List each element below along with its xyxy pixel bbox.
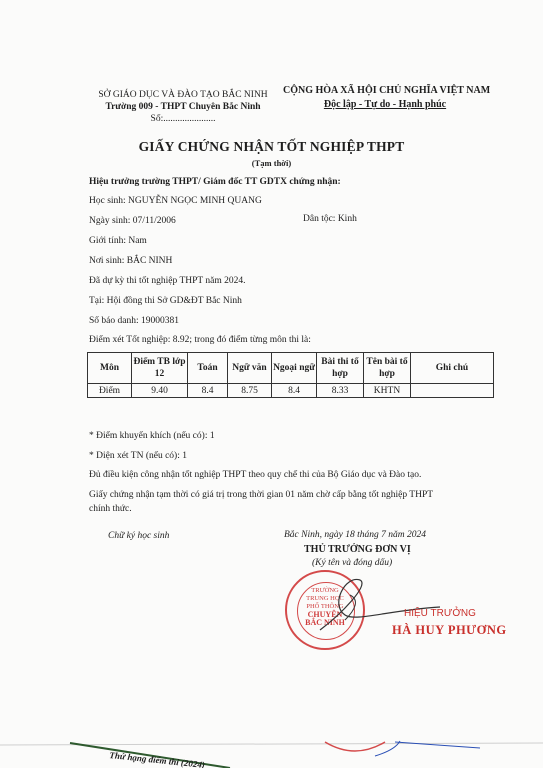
header-cell: Môn [88, 353, 132, 384]
eligibility-statement: Đủ điều kiện công nhận tốt nghiệp THPT t… [89, 470, 421, 480]
national-motto: Độc lập - Tự do - Hạnh phúc [283, 98, 487, 112]
header-cell: Toán [188, 353, 228, 384]
signer-title: HIỆU TRƯỞNG [404, 608, 476, 619]
certifier-line: Hiệu trưởng trường THPT/ Giám đốc TT GDT… [89, 177, 341, 187]
document-number: Số:...................... [88, 113, 278, 125]
student-birthplace: Nơi sinh: BẮC NINH [89, 256, 172, 266]
school-name: Trường 009 - THPT Chuyên Bắc Ninh [88, 101, 278, 113]
header-cell: Ngoại ngữ [272, 353, 317, 384]
student-name: Học sinh: NGUYỄN NGỌC MINH QUANG [89, 196, 262, 206]
value-cell: KHTN [364, 384, 411, 398]
authority-title: THỦ TRƯỞNG ĐƠN VỊ [304, 544, 411, 555]
header-cell: Ngữ văn [228, 353, 272, 384]
next-page-overlap [0, 740, 543, 768]
value-cell: 8.75 [228, 384, 272, 398]
validity-statement: Giấy chứng nhận tạm thời có giá trị tron… [89, 490, 433, 500]
student-dob: Ngày sinh: 07/11/2006 [89, 216, 176, 226]
table-header-row: Môn Điểm TB lớp 12 Toán Ngữ văn Ngoại ng… [88, 353, 494, 384]
student-gender: Giới tính: Nam [89, 236, 147, 246]
value-cell: 9.40 [132, 384, 188, 398]
document-subtitle: (Tạm thời) [0, 158, 543, 168]
department-name: SỞ GIÁO DỤC VÀ ĐÀO TẠO BẮC NINH [88, 89, 278, 101]
national-header: CỘNG HÒA XÃ HỘI CHỦ NGHĨA VIỆT NAM Độc l… [283, 84, 487, 112]
value-cell: Điểm [88, 384, 132, 398]
exam-council: Tại: Hội đồng thi Sở GD&ĐT Bắc Ninh [89, 296, 242, 306]
table-row: Điểm 9.40 8.4 8.75 8.4 8.33 KHTN [88, 384, 494, 398]
header-cell: Tên bài tổ hợp [364, 353, 411, 384]
bonus-points: * Điểm khuyến khích (nếu có): 1 [89, 431, 215, 441]
value-cell: 8.4 [188, 384, 228, 398]
value-cell [411, 384, 494, 398]
validity-statement-cont: chính thức. [89, 504, 132, 514]
scores-table: Môn Điểm TB lớp 12 Toán Ngữ văn Ngoại ng… [87, 352, 494, 398]
priority-category: * Diện xét TN (nếu có): 1 [89, 451, 187, 461]
student-ethnicity: Dân tộc: Kinh [303, 214, 357, 224]
header-cell: Bài thi tổ hợp [317, 353, 364, 384]
student-signature-label: Chữ ký học sinh [108, 531, 169, 541]
score-intro: Điểm xét Tốt nghiệp: 8.92; trong đó điểm… [89, 335, 311, 345]
document-title: GIẤY CHỨNG NHẬN TỐT NGHIỆP THPT [0, 139, 543, 155]
header-cell: Ghi chú [411, 353, 494, 384]
issuer-header: SỞ GIÁO DỤC VÀ ĐÀO TẠO BẮC NINH Trường 0… [88, 89, 278, 125]
sign-instruction: (Ký tên và đóng dấu) [312, 558, 392, 568]
exam-year: Đã dự kỳ thi tốt nghiệp THPT năm 2024. [89, 276, 246, 286]
value-cell: 8.33 [317, 384, 364, 398]
place-date: Bắc Ninh, ngày 18 tháng 7 năm 2024 [284, 530, 426, 540]
value-cell: 8.4 [272, 384, 317, 398]
signer-name: HÀ HUY PHƯƠNG [392, 623, 507, 638]
candidate-number: Số báo danh: 19000381 [89, 316, 179, 326]
header-cell: Điểm TB lớp 12 [132, 353, 188, 384]
republic-name: CỘNG HÒA XÃ HỘI CHỦ NGHĨA VIỆT NAM [283, 84, 487, 98]
